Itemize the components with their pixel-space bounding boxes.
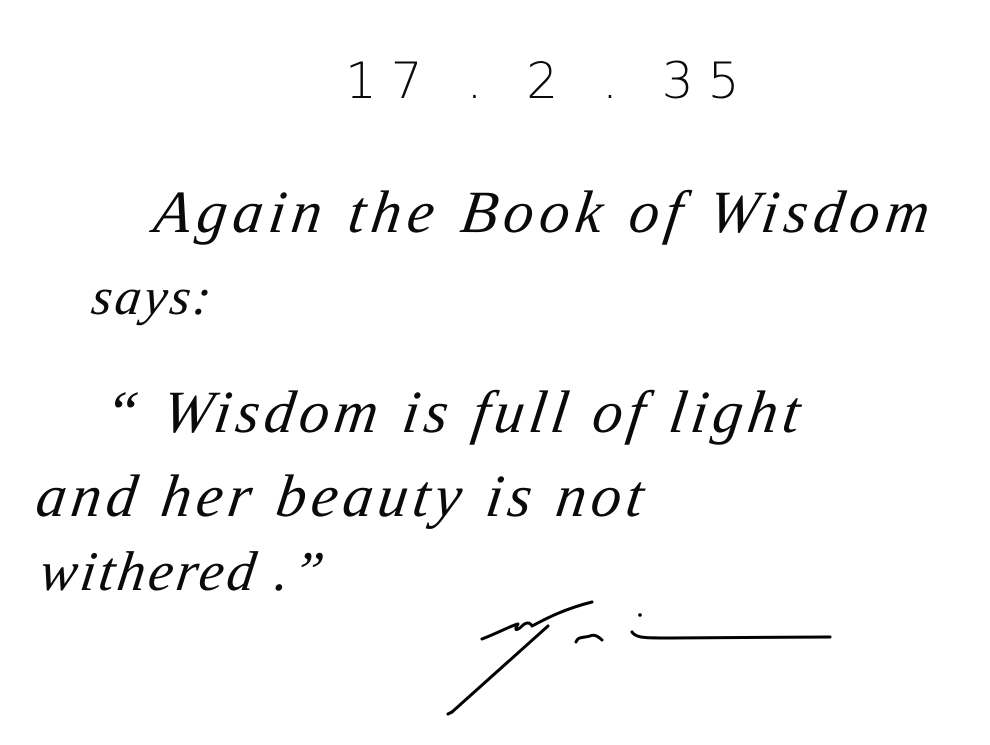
text-line-1: Again the Book of Wisdom [150, 178, 940, 247]
handwritten-page: 17 . 2 . 35 Again the Book of Wisdom say… [0, 0, 990, 745]
signature-mark: M. K. (signature with underline flourish… [430, 596, 840, 720]
text-line-2: says: [88, 268, 218, 327]
quote-line-1: “ Wisdom is full of light [100, 378, 810, 447]
quote-line-2: and her beauty is not [32, 462, 653, 531]
quote-line-3: withered .” [36, 540, 331, 604]
note-date: 17 . 2 . 35 [345, 52, 753, 110]
